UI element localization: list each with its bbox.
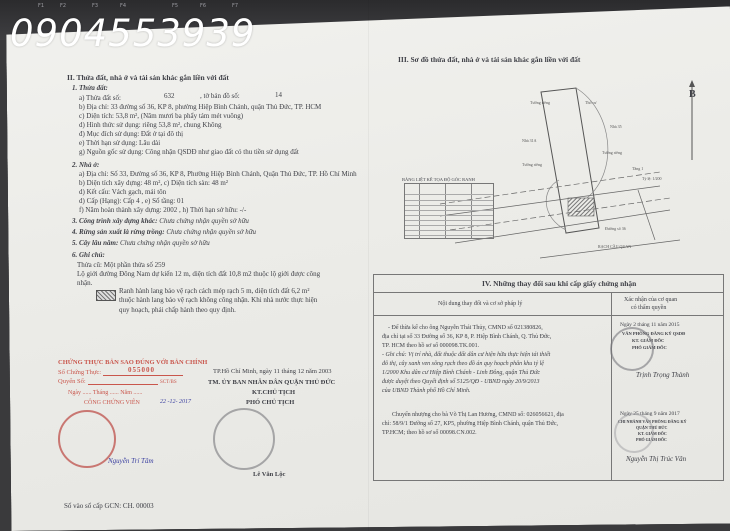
entry-1-line-3: TP. HCM theo hồ sơ số 000098.TK.001. xyxy=(382,342,479,351)
issuer-position: PHÓ CHỦ TỊCH xyxy=(246,398,294,407)
issuer-signer: Lê Văn Lộc xyxy=(253,470,285,479)
entry-1-note-1: - Ghi chú: Vị trí nhà, đất thuộc đất dân… xyxy=(382,351,550,360)
house-built-area: b) Diện tích xây dựng: 48 m², c) Diện tí… xyxy=(79,179,228,188)
entry-1-note-3: 1/2000 Khu dân cư Hiệp Bình Chánh - Linh… xyxy=(382,369,540,378)
key-f1: F1 xyxy=(38,3,44,9)
svg-text:Tường riêng: Tường riêng xyxy=(522,162,542,167)
land-origin: g) Nguồn gốc sử dụng: Công nhận QSDĐ như… xyxy=(79,148,299,157)
cert-number: 055000 xyxy=(128,366,155,375)
entry-1-note-5: của UBND Thành phố Hồ Chí Minh. xyxy=(382,387,471,396)
land-use-purpose: đ) Mục đích sử dụng: Đất ở tại đô thị xyxy=(79,130,183,139)
svg-text:Nhà 35: Nhà 35 xyxy=(610,124,622,129)
key-f6: F6 xyxy=(200,3,206,9)
confirm-2-signer: Nguyễn Thị Trúc Vân xyxy=(626,455,686,464)
entry-1-note-4: được duyệt theo Quyết định số 5125/QĐ - … xyxy=(382,378,539,387)
land-area: c) Diện tích: 53,8 m², (Năm mươi ba phẩy… xyxy=(79,112,243,121)
key-f7: F7 xyxy=(232,3,238,9)
key-f4: F4 xyxy=(120,3,126,9)
changes-table: IV. Những thay đổi sau khi cấp giấy chứn… xyxy=(373,274,724,481)
phone-watermark: 0904553939 xyxy=(10,12,255,55)
svg-text:Tỷ lệ: 1/200: Tỷ lệ: 1/200 xyxy=(642,176,662,181)
page-fold xyxy=(368,0,369,531)
other-works: 3. Công trình xây dựng khác: Chưa chứng … xyxy=(72,217,249,226)
other-works-label: 3. Công trình xây dựng khác: xyxy=(72,217,158,225)
issuer-on-behalf: KT.CHỦ TỊCH xyxy=(252,388,295,397)
notes-line-3: nhận. xyxy=(77,279,92,288)
map-sheet-label: , tờ bản đồ số: xyxy=(200,92,240,101)
svg-text:Tầng 1: Tầng 1 xyxy=(632,166,643,171)
perennial-label: 5. Cây lâu năm: xyxy=(72,239,118,247)
notary-label: CÔNG CHỨNG VIÊN xyxy=(84,399,140,408)
cert-number-label: Số Chứng Thực: xyxy=(58,368,101,377)
state-emblem-seal xyxy=(213,408,275,470)
notes-line-1: Thửa cũ: Một phần thửa số 259 xyxy=(77,261,165,270)
land-heading: 1. Thửa đất: xyxy=(72,84,108,93)
entry-2-line-2: chỉ: 58/9/1 Đường số 27, KP5, phường Hiệ… xyxy=(382,420,558,429)
house-address: a) Địa chỉ: Số 33, Đường số 36, KP 8, Ph… xyxy=(79,170,357,179)
entry-2-line-3: TP.HCM; theo hồ sơ số 00098.CN.002. xyxy=(382,429,477,438)
registration-office-seal xyxy=(610,327,654,371)
house-heading: 2. Nhà ở: xyxy=(72,161,99,170)
entry-1-line-1: - Để thừa kế cho ông Nguyễn Thái Thủy, C… xyxy=(388,324,543,333)
notary-signature: Nguyễn Trí Tâm xyxy=(108,457,154,466)
book-suffix: SCT/BS xyxy=(160,378,177,387)
perennial-value: Chưa chứng nhận quyền sở hữu xyxy=(120,239,210,247)
legend-line-2: thuộc hành lang bảo vệ rạch không công n… xyxy=(119,296,317,305)
key-f5: F5 xyxy=(172,3,178,9)
book-line xyxy=(88,384,158,385)
house-completion-year: f) Năm hoàn thành xây dựng: 2002 , h) Th… xyxy=(79,206,246,215)
legend-line-1: Ranh hành lang bảo vệ rạch cách mép rạch… xyxy=(119,287,309,296)
entry-2-line-1: Chuyển nhượng cho bà Võ Thị Lan Hương, C… xyxy=(392,411,564,420)
parcel-number: 632 xyxy=(164,92,175,101)
legend-line-3: quy hoạch, phải chấp hành theo quy định. xyxy=(119,306,236,315)
svg-text:Nhà 31A: Nhà 31A xyxy=(522,138,537,143)
forest-label: 4. Rừng sản xuất là rừng trồng: xyxy=(72,228,165,236)
key-f2: F2 xyxy=(60,3,66,9)
notes-line-2: Lộ giới đường Đông Nam dự kiến 12 m, diệ… xyxy=(77,270,320,279)
other-works-value: Chưa chứng nhận quyền sở hữu xyxy=(159,217,249,225)
issuer-place-date: TP.Hồ Chí Minh, ngày 11 tháng 12 năm 200… xyxy=(213,367,332,376)
svg-text:Thổ cư: Thổ cư xyxy=(585,100,597,105)
issuer-organization: TM. ỦY BAN NHÂN DÂN QUẬN THỦ ĐỨC xyxy=(208,378,335,387)
perennial-trees: 5. Cây lâu năm: Chưa chứng nhận quyền sở… xyxy=(72,239,210,248)
parcel-label: a) Thửa đất số: xyxy=(79,94,121,103)
svg-text:Tường riêng: Tường riêng xyxy=(530,100,550,105)
section-3-title: III. Sơ đồ thửa đất, nhà ở và tài sản kh… xyxy=(398,55,580,64)
col-header-content: Nội dung thay đổi và cơ sở pháp lý xyxy=(438,300,522,309)
cert-number-line xyxy=(103,375,183,376)
entry-1-line-2: địa chỉ tại số 33 Đường số 36, KP 8, P. … xyxy=(382,333,551,342)
production-forest: 4. Rừng sản xuất là rừng trồng: Chưa chứ… xyxy=(72,228,256,237)
section-2-title: II. Thửa đất, nhà ở và tài sản khác gắn … xyxy=(67,73,229,82)
map-sheet-number: 14 xyxy=(275,91,282,100)
section-4-title: IV. Những thay đổi sau khi cấp giấy chứn… xyxy=(482,279,636,288)
forest-value: Chưa chứng nhận quyền sở hữu xyxy=(166,228,256,236)
gcn-book-number: Số vào sổ cấp GCN: CH. 00003 xyxy=(64,502,154,511)
house-grade: d) Cấp (Hạng): Cấp 4 , e) Số tầng: 01 xyxy=(79,197,184,206)
col-header-confirm-2: có thẩm quyền xyxy=(631,304,666,313)
land-use-term: e) Thời hạn sử dụng: Lâu dài xyxy=(79,139,160,148)
corner-coordinate-table xyxy=(404,183,494,239)
confirm-1-signer: Trịnh Trọng Thành xyxy=(636,371,689,380)
branch-office-seal xyxy=(614,413,654,453)
hatched-legend-swatch xyxy=(96,290,116,301)
svg-text:Tường riêng: Tường riêng xyxy=(602,150,622,155)
key-f3: F3 xyxy=(92,3,98,9)
land-address: b) Địa chỉ: 33 đường số 36, KP 8, phường… xyxy=(79,103,321,112)
svg-text:RẠCH CẦU QUAN: RẠCH CẦU QUAN xyxy=(598,244,631,249)
svg-text:Đường số 36: Đường số 36 xyxy=(605,226,626,231)
house-structure: d) Kết cấu: Vách gạch, mái tôn xyxy=(79,188,166,197)
land-use-form: d) Hình thức sử dụng: riêng 53,8 m², chu… xyxy=(79,121,221,130)
book-label: Quyển Số: xyxy=(58,377,86,386)
entry-1-note-2: đô thị, cây xanh ven sông rạch theo đồ á… xyxy=(382,360,544,369)
notes-heading: 6. Ghi chú: xyxy=(72,251,105,260)
cert-date-label: Ngày ...... Tháng ...... Năm ...... xyxy=(68,389,142,398)
cert-date-stamp: 22 -12- 2017 xyxy=(160,398,191,407)
